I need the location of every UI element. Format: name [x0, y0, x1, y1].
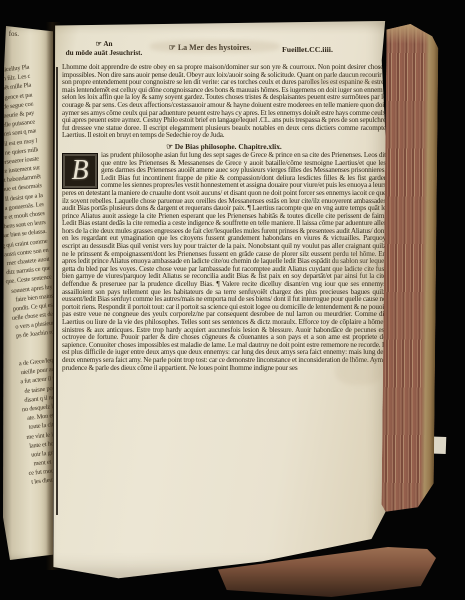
margin-rule: [56, 67, 58, 515]
ink-bleed-stain: [335, 355, 383, 385]
facing-page-header-fragment: fos.: [9, 30, 19, 38]
text-block: Lhomme doit apprendre de estre obey en s…: [62, 64, 386, 372]
main-page: ☞ An du mōde auāt Jesuchrist. ☞ La Mer d…: [50, 21, 392, 581]
woodcut-initial-b: B: [62, 153, 98, 189]
chapter-heading: ☞ De Bias philosophe. Chapitre.xlix.: [62, 142, 386, 151]
book-page-photo: fos. tiō dit dicelluy Plaature son filz.…: [0, 0, 465, 600]
fore-edge-page-block: [381, 24, 438, 513]
ink-bleed-stain: [300, 76, 380, 86]
ink-bleed-stain: [330, 245, 385, 283]
folio-number: Fueillet.CC.iiii.: [282, 45, 362, 54]
ink-bleed-stain: [150, 40, 280, 53]
